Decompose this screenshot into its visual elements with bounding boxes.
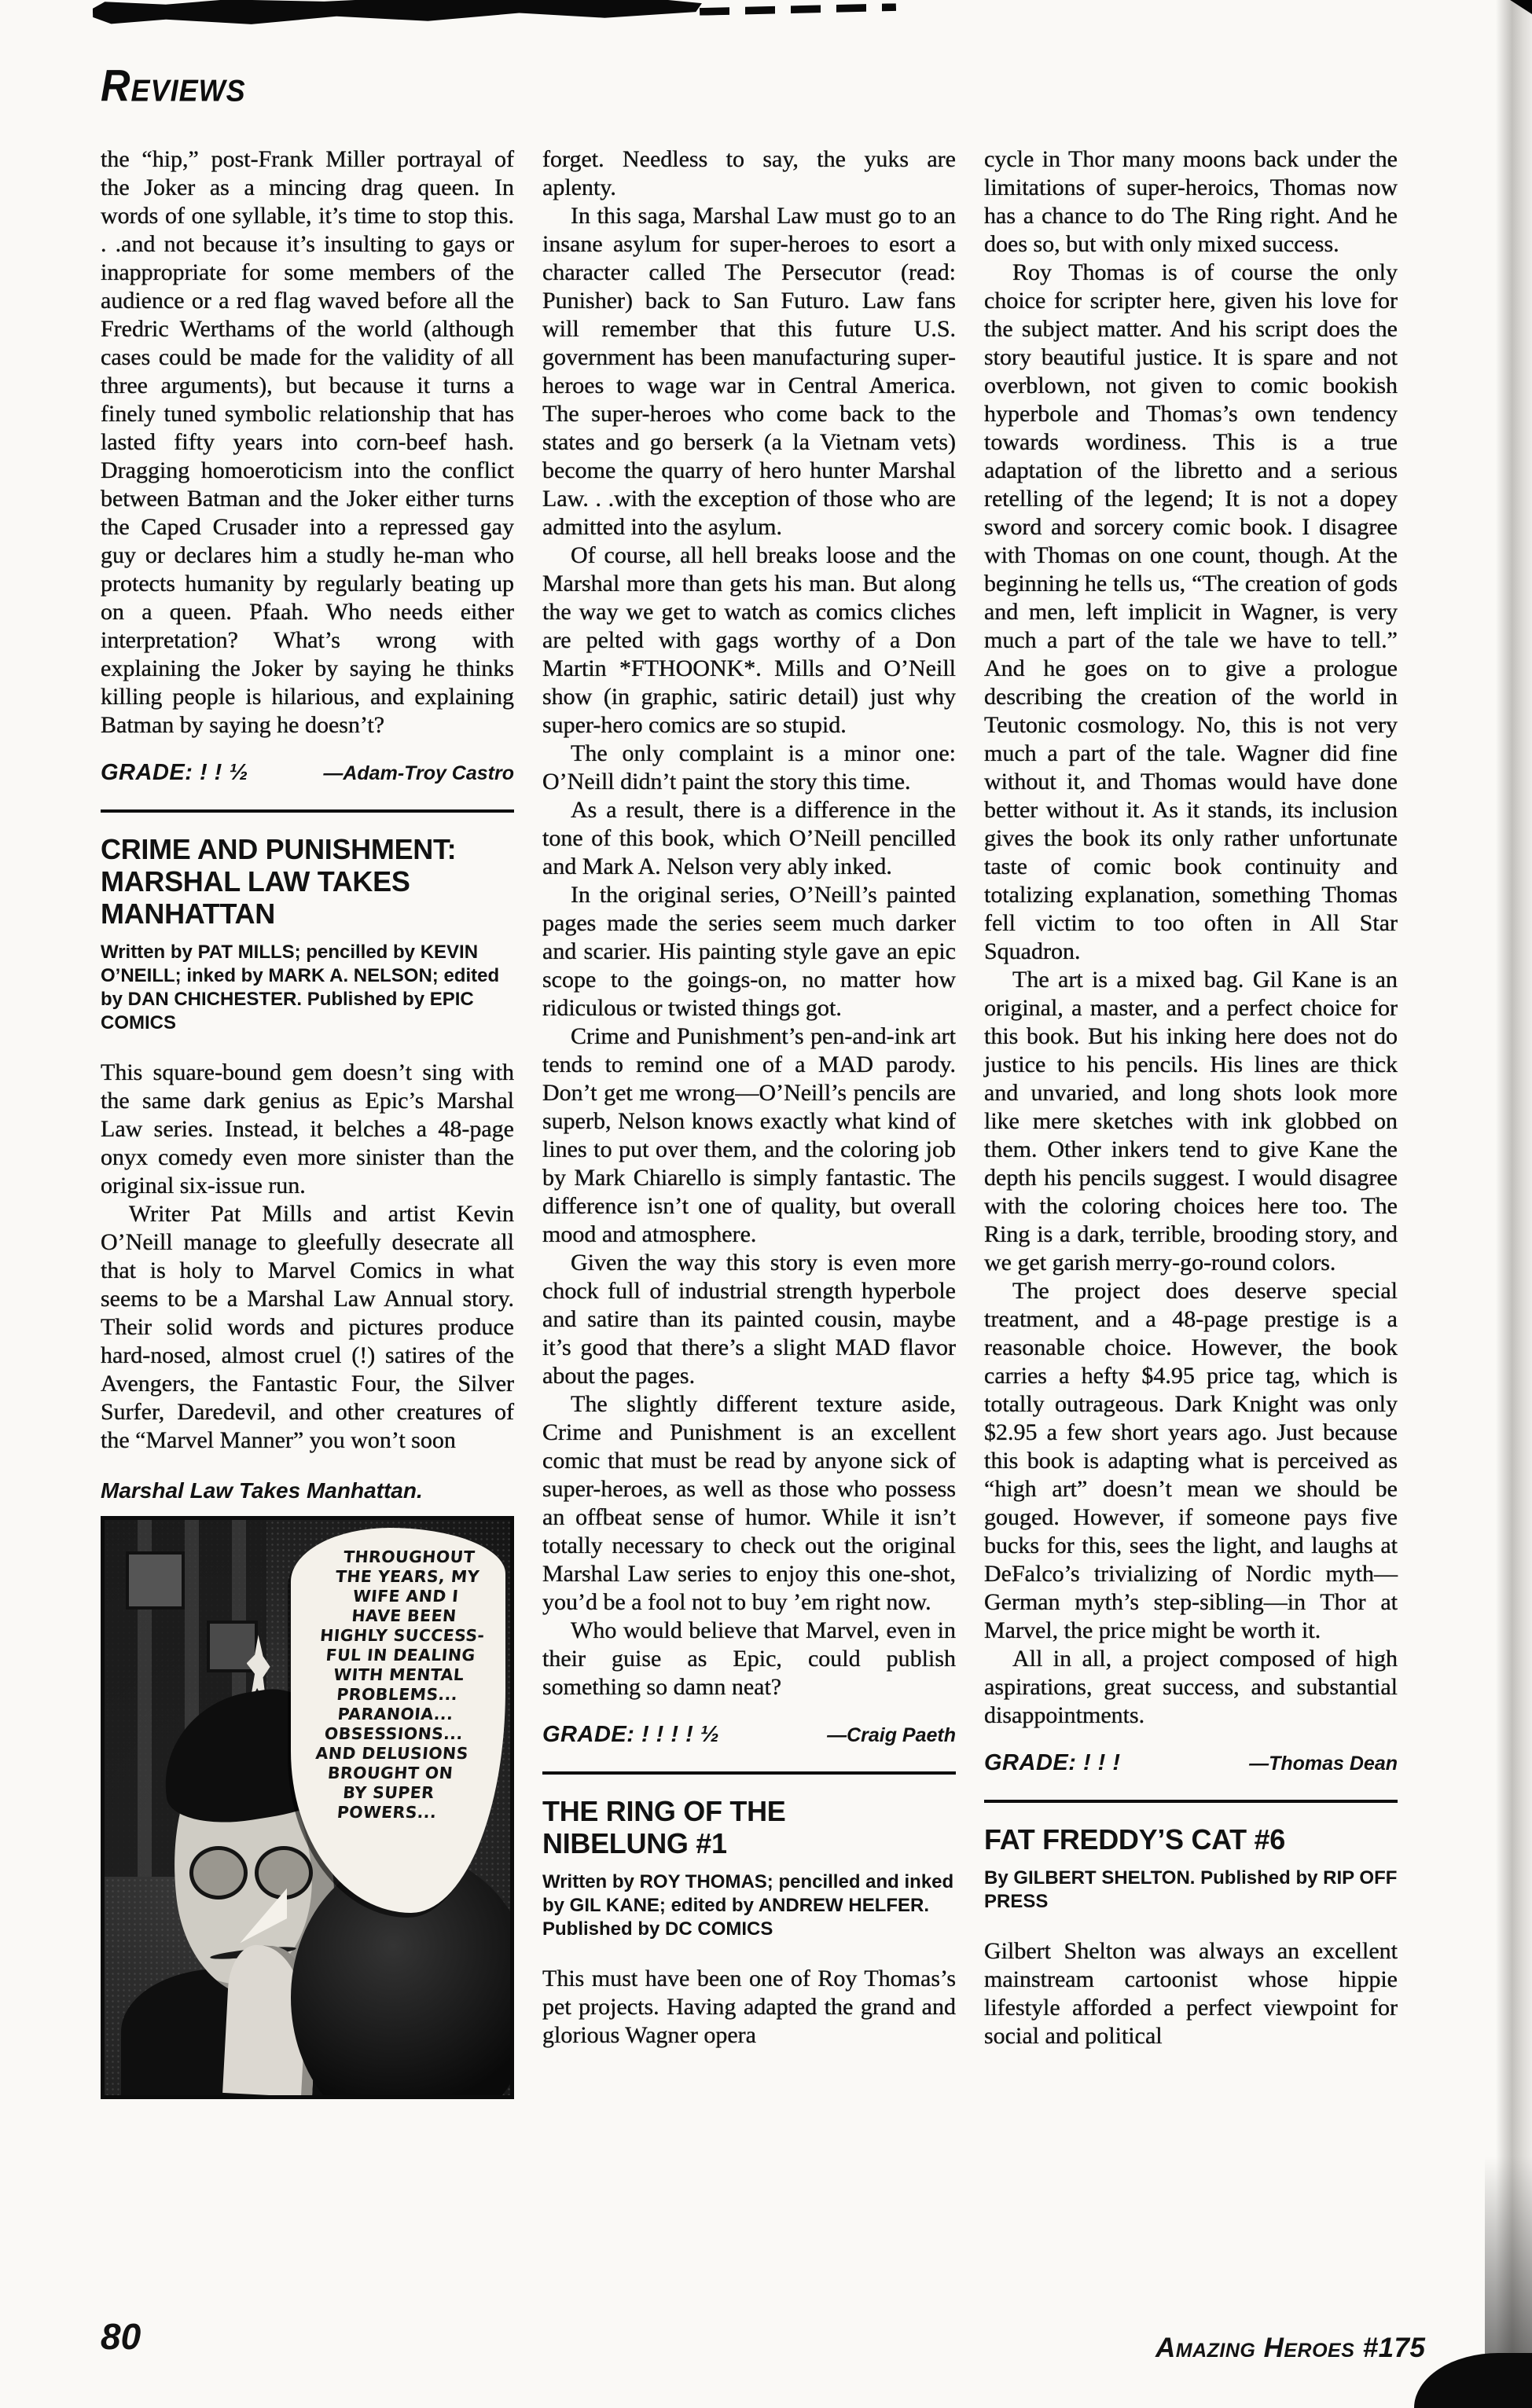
column-3: cycle in Thor many moons back under the …: [984, 145, 1398, 2050]
review-paragraph: The art is a mixed bag. Gil Kane is an o…: [984, 966, 1398, 1277]
review-title: CRIME AND PUNISHMENT: MARSHAL LAW TAKES …: [101, 833, 514, 930]
marshal-law-panel-illustration: THROUGHOUT THE YEARS, MY WIFE AND I HAVE…: [101, 1516, 514, 2099]
torn-masthead-strip: [93, 0, 702, 28]
grade-value: GRADE: ! ! ½: [101, 760, 248, 786]
grade-row: GRADE: ! ! ! ! ½ —Craig Paeth: [542, 1722, 956, 1748]
review-paragraph: cycle in Thor many moons back under the …: [984, 145, 1398, 259]
illustration-caption: Marshal Law Takes Manhattan.: [101, 1478, 514, 1503]
review-paragraph: the “hip,” post-Frank Miller portrayal o…: [101, 145, 514, 740]
speech-balloon: THROUGHOUT THE YEARS, MY WIFE AND I HAVE…: [291, 1528, 505, 1913]
section-divider: [101, 809, 514, 813]
review-paragraph: Crime and Punishment’s pen-and-ink art t…: [542, 1022, 956, 1249]
page-number: 80: [101, 2315, 141, 2358]
torn-masthead-fragments: [700, 3, 896, 15]
review-paragraph: As a result, there is a difference in th…: [542, 796, 956, 881]
review-paragraph: In this saga, Marshal Law must go to an …: [542, 202, 956, 541]
page-edge-shadow: [1496, 0, 1532, 2408]
review-paragraph: Gilbert Shelton was always an excellent …: [984, 1937, 1398, 2050]
grade-value: GRADE: ! ! !: [984, 1750, 1121, 1776]
review-paragraph: All in all, a project composed of high a…: [984, 1645, 1398, 1730]
review-paragraph: Given the way this story is even more ch…: [542, 1249, 956, 1390]
review-paragraph: This square-bound gem doesn’t sing with …: [101, 1059, 514, 1200]
review-paragraph: The only complaint is a minor one: O’Nei…: [542, 740, 956, 796]
section-divider: [984, 1800, 1398, 1803]
section-divider: [542, 1771, 956, 1775]
review-title: FAT FREDDY’S CAT #6: [984, 1823, 1398, 1856]
magazine-footer: Amazing Heroes #175: [1155, 2333, 1425, 2364]
review-paragraph: In the original series, O’Neill’s painte…: [542, 881, 956, 1022]
section-title: Reviews: [101, 64, 246, 108]
review-paragraph: Writer Pat Mills and artist Kevin O’Neil…: [101, 1200, 514, 1455]
reviewer-byline: —Craig Paeth: [827, 1724, 956, 1747]
page-curl: [1414, 2353, 1532, 2408]
reviewer-byline: —Adam-Troy Castro: [323, 762, 514, 785]
eyeglasses-lens: [189, 1846, 248, 1900]
review-paragraph: Roy Thomas is of course the only choice …: [984, 259, 1398, 966]
review-credits: By GILBERT SHELTON. Published by RIP OFF…: [984, 1867, 1398, 1914]
review-paragraph: Who would believe that Marvel, even in t…: [542, 1617, 956, 1701]
review-paragraph: forget. Needless to say, the yuks are ap…: [542, 145, 956, 202]
speech-balloon-text: THROUGHOUT THE YEARS, MY WIFE AND I HAVE…: [292, 1547, 505, 1823]
panel-window: [129, 1555, 182, 1606]
column-1: the “hip,” post-Frank Miller portrayal o…: [101, 145, 514, 2099]
review-title: THE RING OF THE NIBELUNG #1: [542, 1795, 956, 1859]
review-paragraph: The project does deserve special treatme…: [984, 1277, 1398, 1645]
grade-value: GRADE: ! ! ! ! ½: [542, 1722, 720, 1748]
review-paragraph: This must have been one of Roy Thomas’s …: [542, 1965, 956, 2050]
eyeglasses-lens: [255, 1846, 313, 1900]
review-paragraph: The slightly different texture aside, Cr…: [542, 1390, 956, 1617]
review-credits: Written by PAT MILLS; pencilled by KEVIN…: [101, 941, 514, 1035]
grade-row: GRADE: ! ! ½ —Adam-Troy Castro: [101, 760, 514, 786]
review-credits: Written by ROY THOMAS; pencilled and ink…: [542, 1870, 956, 1941]
review-paragraph: Of course, all hell breaks loose and the…: [542, 541, 956, 740]
magazine-page: Reviews the “hip,” post-Frank Miller por…: [0, 0, 1532, 2408]
reviewer-byline: —Thomas Dean: [1249, 1753, 1398, 1775]
column-2: forget. Needless to say, the yuks are ap…: [542, 145, 956, 2050]
grade-row: GRADE: ! ! ! —Thomas Dean: [984, 1750, 1398, 1776]
